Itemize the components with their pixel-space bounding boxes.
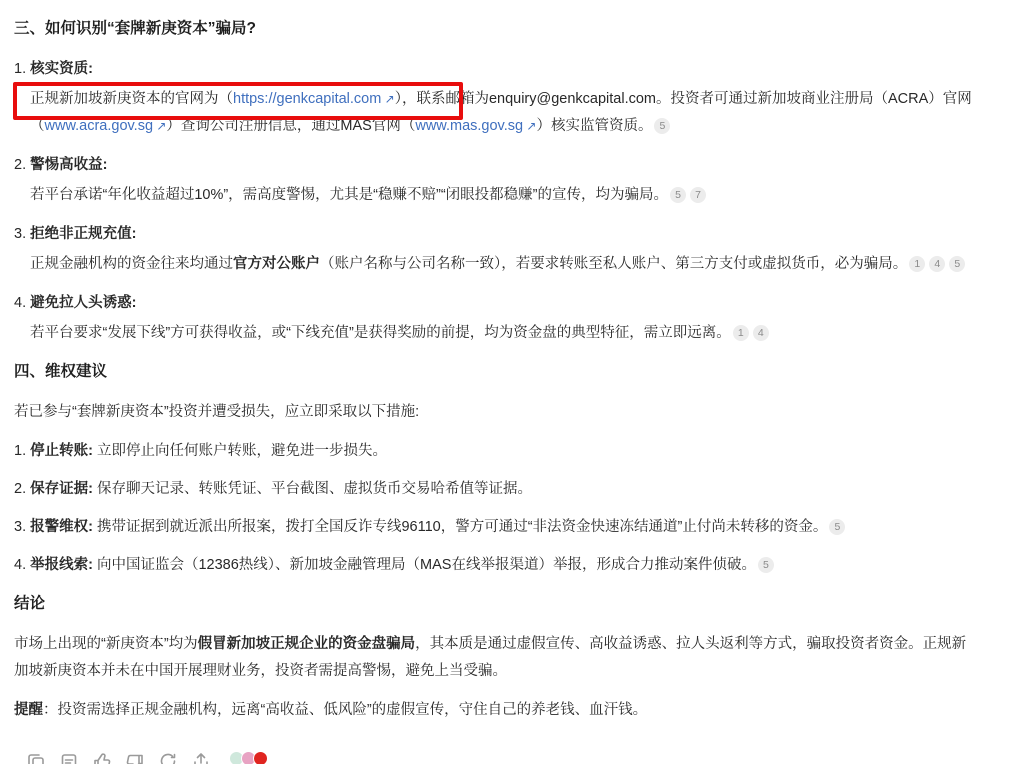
regenerate-icon[interactable] — [158, 751, 178, 764]
citation-badge[interactable]: 4 — [929, 256, 945, 272]
section-heading: 四、维权建议 — [14, 361, 979, 383]
citation-badge[interactable]: 7 — [690, 187, 706, 203]
external-arrow-icon: ↗ — [523, 119, 536, 133]
citation-badge[interactable]: 1 — [909, 256, 925, 272]
item-paragraph: 若平台要求“发展下线”方可获得收益，或“下线充值”是获得奖励的前提，均为资金盘的… — [14, 320, 979, 347]
item-label: 拒绝非正规充值: — [30, 226, 136, 242]
text-run: 保存聊天记录、转账凭证、平台截图、虚拟货币交易哈希值等证据。 — [97, 481, 532, 497]
citation-badge[interactable]: 5 — [670, 187, 686, 203]
text-run: 正规新加坡新庚资本的官网为（ — [30, 91, 233, 107]
text-run: 若已参与“套牌新庚资本”投资并遭受损失，应立即采取以下措施: — [14, 404, 419, 420]
thumbs-down-icon[interactable] — [125, 751, 145, 764]
citation-badge[interactable]: 5 — [654, 118, 670, 134]
inline-list-item: 1.停止转账: 立即停止向任何账户转账，避免进一步损失。 — [14, 438, 979, 465]
text-run: 提醒 — [14, 702, 43, 718]
response-toolbar — [26, 751, 268, 764]
citation-badge[interactable]: 5 — [949, 256, 965, 272]
item-label: 报警维权: — [30, 519, 97, 535]
item-label: 避免拉人头诱惑: — [30, 295, 136, 311]
text-run: 正规金融机构的资金往来均通过 — [30, 256, 233, 272]
citation-badge[interactable]: 5 — [829, 519, 845, 535]
link-text: www.mas.gov.sg — [415, 118, 523, 134]
source-favicon-dot — [253, 751, 268, 764]
list-number: 2. — [14, 157, 26, 173]
inline-list-item: 4.举报线索: 向中国证监会（12386热线）、新加坡金融管理局（MAS在线举报… — [14, 552, 979, 579]
source-favicons[interactable] — [232, 751, 268, 764]
answer-body: 三、如何识别“套牌新庚资本”骗局?1.核实资质:正规新加坡新庚资本的官网为（ht… — [0, 0, 1019, 724]
inline-link[interactable]: https://genkcapital.com ↗ — [233, 91, 395, 107]
thumbs-up-icon[interactable] — [92, 751, 112, 764]
item-paragraph: 正规新加坡新庚资本的官网为（https://genkcapital.com ↗）… — [14, 86, 979, 140]
item-label-line: 1.核实资质: — [14, 56, 979, 83]
section-heading: 三、如何识别“套牌新庚资本”骗局? — [14, 18, 979, 40]
text-run: 立即停止向任何账户转账，避免进一步损失。 — [97, 443, 387, 459]
text-run: 向中国证监会（12386热线）、新加坡金融管理局（MAS在线举报渠道）举报，形成… — [97, 557, 756, 573]
text-run: 官方对公账户 — [233, 256, 320, 272]
item-label: 保存证据: — [30, 481, 97, 497]
text-run: 市场上出现的“新庚资本”均为 — [14, 636, 198, 652]
numbered-list-item: 1.核实资质:正规新加坡新庚资本的官网为（https://genkcapital… — [14, 56, 979, 140]
item-label-line: 2.警惕高收益: — [14, 152, 979, 179]
link-text: www.acra.gov.sg — [45, 118, 154, 134]
text-run: 若平台要求“发展下线”方可获得收益，或“下线充值”是获得奖励的前提，均为资金盘的… — [30, 325, 731, 341]
section-heading: 结论 — [14, 593, 979, 615]
inline-link[interactable]: www.acra.gov.sg ↗ — [45, 118, 167, 134]
external-arrow-icon: ↗ — [381, 92, 394, 106]
item-paragraph: 正规金融机构的资金往来均通过官方对公账户（账户名称与公司名称一致），若要求转账至… — [14, 251, 979, 278]
text-run: 若平台承诺“年化收益超过10%”，需高度警惕，尤其是“稳赚不赔”“闭眼投都稳赚”… — [30, 187, 668, 203]
numbered-list-item: 3.拒绝非正规充值:正规金融机构的资金往来均通过官方对公账户（账户名称与公司名称… — [14, 221, 979, 278]
list-number: 4. — [14, 295, 26, 311]
text-run: 携带证据到就近派出所报案，拨打全国反诈专线96110，警方可通过“非法资金快速冻… — [97, 519, 827, 535]
list-number: 3. — [14, 519, 26, 535]
text-run: ：投资需选择正规金融机构，远离“高收益、低风险”的虚假宣传，守住自己的养老钱、血… — [43, 702, 647, 718]
numbered-list-item: 4.避免拉人头诱惑:若平台要求“发展下线”方可获得收益，或“下线充值”是获得奖励… — [14, 290, 979, 347]
list-number: 2. — [14, 481, 26, 497]
quote-icon[interactable] — [59, 751, 79, 764]
citation-badge[interactable]: 1 — [733, 325, 749, 341]
list-number: 1. — [14, 61, 26, 77]
citation-badge[interactable]: 5 — [758, 557, 774, 573]
text-run: （账户名称与公司名称一致），若要求转账至私人账户、第三方支付或虚拟货币，必为骗局… — [320, 256, 907, 272]
copy-icon[interactable] — [26, 751, 46, 764]
paragraph: 提醒：投资需选择正规金融机构，远离“高收益、低风险”的虚假宣传，守住自己的养老钱… — [14, 697, 979, 724]
list-number: 1. — [14, 443, 26, 459]
item-label: 停止转账: — [30, 443, 97, 459]
item-label-line: 3.拒绝非正规充值: — [14, 221, 979, 248]
numbered-list-item: 2.警惕高收益:若平台承诺“年化收益超过10%”，需高度警惕，尤其是“稳赚不赔”… — [14, 152, 979, 209]
item-label: 举报线索: — [30, 557, 97, 573]
external-arrow-icon: ↗ — [153, 119, 166, 133]
paragraph: 市场上出现的“新庚资本”均为假冒新加坡正规企业的资金盘骗局，其本质是通过虚假宣传… — [14, 631, 979, 685]
text-run: ）查询公司注册信息，通过MAS官网（ — [166, 118, 415, 134]
inline-list-item: 2.保存证据: 保存聊天记录、转账凭证、平台截图、虚拟货币交易哈希值等证据。 — [14, 476, 979, 503]
link-text: https://genkcapital.com — [233, 91, 381, 107]
list-number: 3. — [14, 226, 26, 242]
text-run: 假冒新加坡正规企业的资金盘骗局 — [198, 636, 416, 652]
citation-badge[interactable]: 4 — [753, 325, 769, 341]
inline-link[interactable]: www.mas.gov.sg ↗ — [415, 118, 536, 134]
item-label: 警惕高收益: — [30, 157, 107, 173]
item-label: 核实资质: — [30, 61, 93, 77]
item-label-line: 4.避免拉人头诱惑: — [14, 290, 979, 317]
paragraph: 若已参与“套牌新庚资本”投资并遭受损失，应立即采取以下措施: — [14, 399, 979, 426]
inline-list-item: 3.报警维权: 携带证据到就近派出所报案，拨打全国反诈专线96110，警方可通过… — [14, 514, 979, 541]
share-icon[interactable] — [191, 751, 211, 764]
list-number: 4. — [14, 557, 26, 573]
item-paragraph: 若平台承诺“年化收益超过10%”，需高度警惕，尤其是“稳赚不赔”“闭眼投都稳赚”… — [14, 182, 979, 209]
text-run: ）核实监管资质。 — [536, 118, 652, 134]
